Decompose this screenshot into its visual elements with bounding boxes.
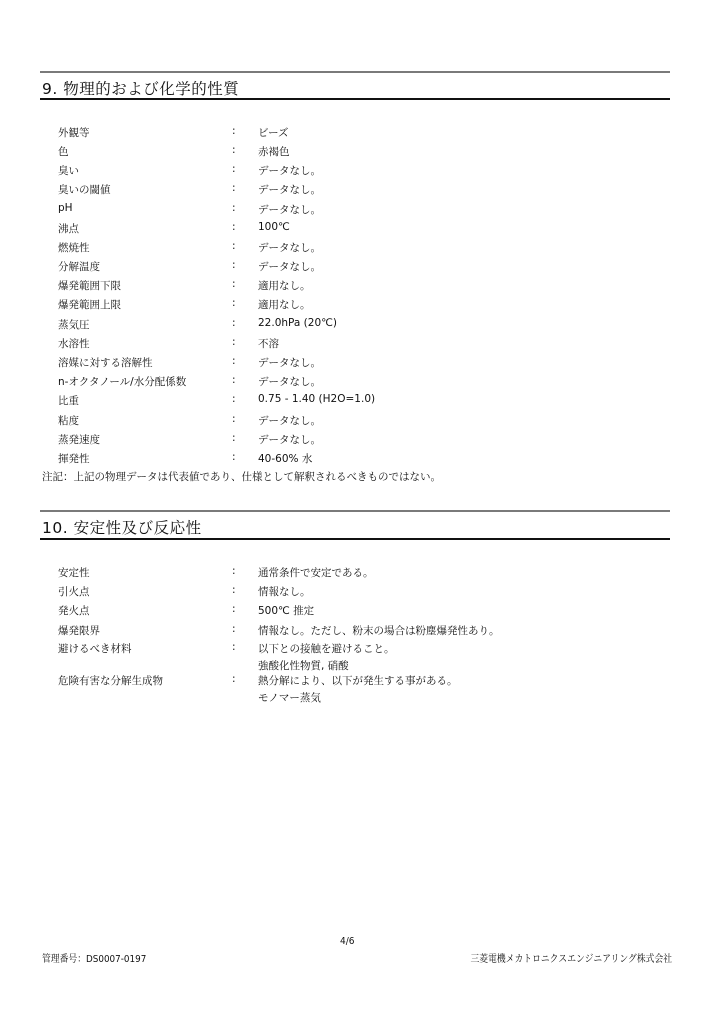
property-label: pH <box>58 202 73 214</box>
property-value: データなし。 <box>258 413 321 428</box>
separator: : <box>232 297 236 309</box>
stability-row: 爆発限界:情報なし。ただし、粉末の場合は粉塵爆発性あり。 <box>0 623 724 642</box>
separator: : <box>232 584 236 596</box>
physical-data-note: 注記：上記の物理データは代表値であり、仕様として解釈されるべきものではない。 <box>42 469 441 484</box>
property-label: 爆発限界 <box>58 623 100 638</box>
property-row: 水溶性:不溶 <box>0 336 724 355</box>
property-row: pH:データなし。 <box>0 202 724 221</box>
property-value: 適用なし。 <box>258 278 311 293</box>
property-row: 爆発範囲上限:適用なし。 <box>0 297 724 316</box>
property-label: 蒸発速度 <box>58 432 100 447</box>
property-value: ビーズ <box>258 125 289 140</box>
property-label: 分解温度 <box>58 259 100 274</box>
property-label: 臭いの閾値 <box>58 182 111 197</box>
section-divider-bottom <box>40 538 670 540</box>
property-value: 40-60% 水 <box>258 451 312 466</box>
property-label: 比重 <box>58 393 79 408</box>
property-label: 蒸気圧 <box>58 317 90 332</box>
property-value: 500℃ 推定 <box>258 603 314 618</box>
section-divider-top <box>40 510 670 512</box>
separator: : <box>232 432 236 444</box>
property-row: 爆発範囲下限:適用なし。 <box>0 278 724 297</box>
property-row: 比重:0.75 - 1.40 (H2O=1.0) <box>0 393 724 412</box>
property-row: 外観等:ビーズ <box>0 125 724 144</box>
property-label: 爆発範囲下限 <box>58 278 121 293</box>
separator: : <box>232 603 236 615</box>
property-label: n-オクタノール/水分配係数 <box>58 374 186 389</box>
property-label: 避けるべき材料 <box>58 641 132 656</box>
stability-row: 安定性:通常条件で安定である。 <box>0 565 724 584</box>
separator: : <box>232 240 236 252</box>
property-row: n-オクタノール/水分配係数:データなし。 <box>0 374 724 393</box>
property-value: 100℃ <box>258 221 290 233</box>
separator: : <box>232 641 236 653</box>
separator: : <box>232 565 236 577</box>
separator: : <box>232 221 236 233</box>
separator: : <box>232 673 236 685</box>
separator: : <box>232 317 236 329</box>
property-label: 外観等 <box>58 125 90 140</box>
separator: : <box>232 182 236 194</box>
property-row: 色:赤褐色 <box>0 144 724 163</box>
section-divider-top <box>40 71 670 73</box>
property-value: データなし。 <box>258 374 321 389</box>
section-title: 10. 安定性及び反応性 <box>42 516 202 538</box>
separator: : <box>232 623 236 635</box>
property-value-continued: 強酸化性物質, 硝酸 <box>258 658 349 673</box>
separator: : <box>232 355 236 367</box>
separator: : <box>232 413 236 425</box>
property-value: 0.75 - 1.40 (H2O=1.0) <box>258 393 375 405</box>
property-row: 蒸発速度:データなし。 <box>0 432 724 451</box>
property-row: 蒸気圧:22.0hPa (20℃) <box>0 317 724 336</box>
separator: : <box>232 336 236 348</box>
property-value: 赤褐色 <box>258 144 290 159</box>
property-label: 水溶性 <box>58 336 90 351</box>
section-divider-bottom <box>40 98 670 100</box>
section-title: 9. 物理的および化学的性質 <box>42 77 239 99</box>
stability-row: 引火点:情報なし。 <box>0 584 724 603</box>
property-label: 爆発範囲上限 <box>58 297 121 312</box>
separator: : <box>232 163 236 175</box>
control-number: 管理番号：DS0007-0197 <box>42 950 146 965</box>
property-label: 溶媒に対する溶解性 <box>58 355 153 370</box>
property-label: 臭い <box>58 163 79 178</box>
property-label: 粘度 <box>58 413 79 428</box>
separator: : <box>232 202 236 214</box>
property-value: データなし。 <box>258 432 321 447</box>
property-value: 通常条件で安定である。 <box>258 565 374 580</box>
property-value: データなし。 <box>258 259 321 274</box>
property-value: 情報なし。 <box>258 584 311 599</box>
property-value: 不溶 <box>258 336 279 351</box>
property-row: 臭い:データなし。 <box>0 163 724 182</box>
property-value: データなし。 <box>258 355 321 370</box>
property-label: 危険有害な分解生成物 <box>58 673 163 688</box>
property-value-continued: モノマー蒸気 <box>258 690 321 705</box>
separator: : <box>232 374 236 386</box>
separator: : <box>232 125 236 137</box>
property-value: 22.0hPa (20℃) <box>258 317 337 329</box>
property-value: 熱分解により、以下が発生する事がある。 <box>258 673 458 688</box>
property-value: 情報なし。ただし、粉末の場合は粉塵爆発性あり。 <box>258 623 500 638</box>
property-row: 粘度:データなし。 <box>0 413 724 432</box>
property-label: 揮発性 <box>58 451 90 466</box>
stability-row: 危険有害な分解生成物:熱分解により、以下が発生する事がある。モノマー蒸気 <box>0 673 724 709</box>
property-label: 引火点 <box>58 584 90 599</box>
property-row: 分解温度:データなし。 <box>0 259 724 278</box>
property-label: 安定性 <box>58 565 90 580</box>
property-row: 燃焼性:データなし。 <box>0 240 724 259</box>
separator: : <box>232 393 236 405</box>
property-value: 適用なし。 <box>258 297 311 312</box>
property-label: 発火点 <box>58 603 90 618</box>
company-name: 三菱電機メカトロニクスエンジニアリング株式会社 <box>470 950 672 965</box>
separator: : <box>232 278 236 290</box>
property-value: データなし。 <box>258 240 321 255</box>
property-row: 溶媒に対する溶解性:データなし。 <box>0 355 724 374</box>
property-value: データなし。 <box>258 163 321 178</box>
property-value: 以下との接触を避けること。 <box>258 641 395 656</box>
stability-row: 避けるべき材料:以下との接触を避けること。強酸化性物質, 硝酸 <box>0 641 724 677</box>
page-number: 4/6 <box>340 936 354 947</box>
property-row: 臭いの閾値:データなし。 <box>0 182 724 201</box>
property-label: 燃焼性 <box>58 240 90 255</box>
property-row: 沸点:100℃ <box>0 221 724 240</box>
separator: : <box>232 259 236 271</box>
separator: : <box>232 451 236 463</box>
property-value: データなし。 <box>258 182 321 197</box>
property-label: 色 <box>58 144 69 159</box>
stability-row: 発火点:500℃ 推定 <box>0 603 724 622</box>
property-value: データなし。 <box>258 202 321 217</box>
property-row: 揮発性:40-60% 水 <box>0 451 724 470</box>
separator: : <box>232 144 236 156</box>
property-label: 沸点 <box>58 221 79 236</box>
